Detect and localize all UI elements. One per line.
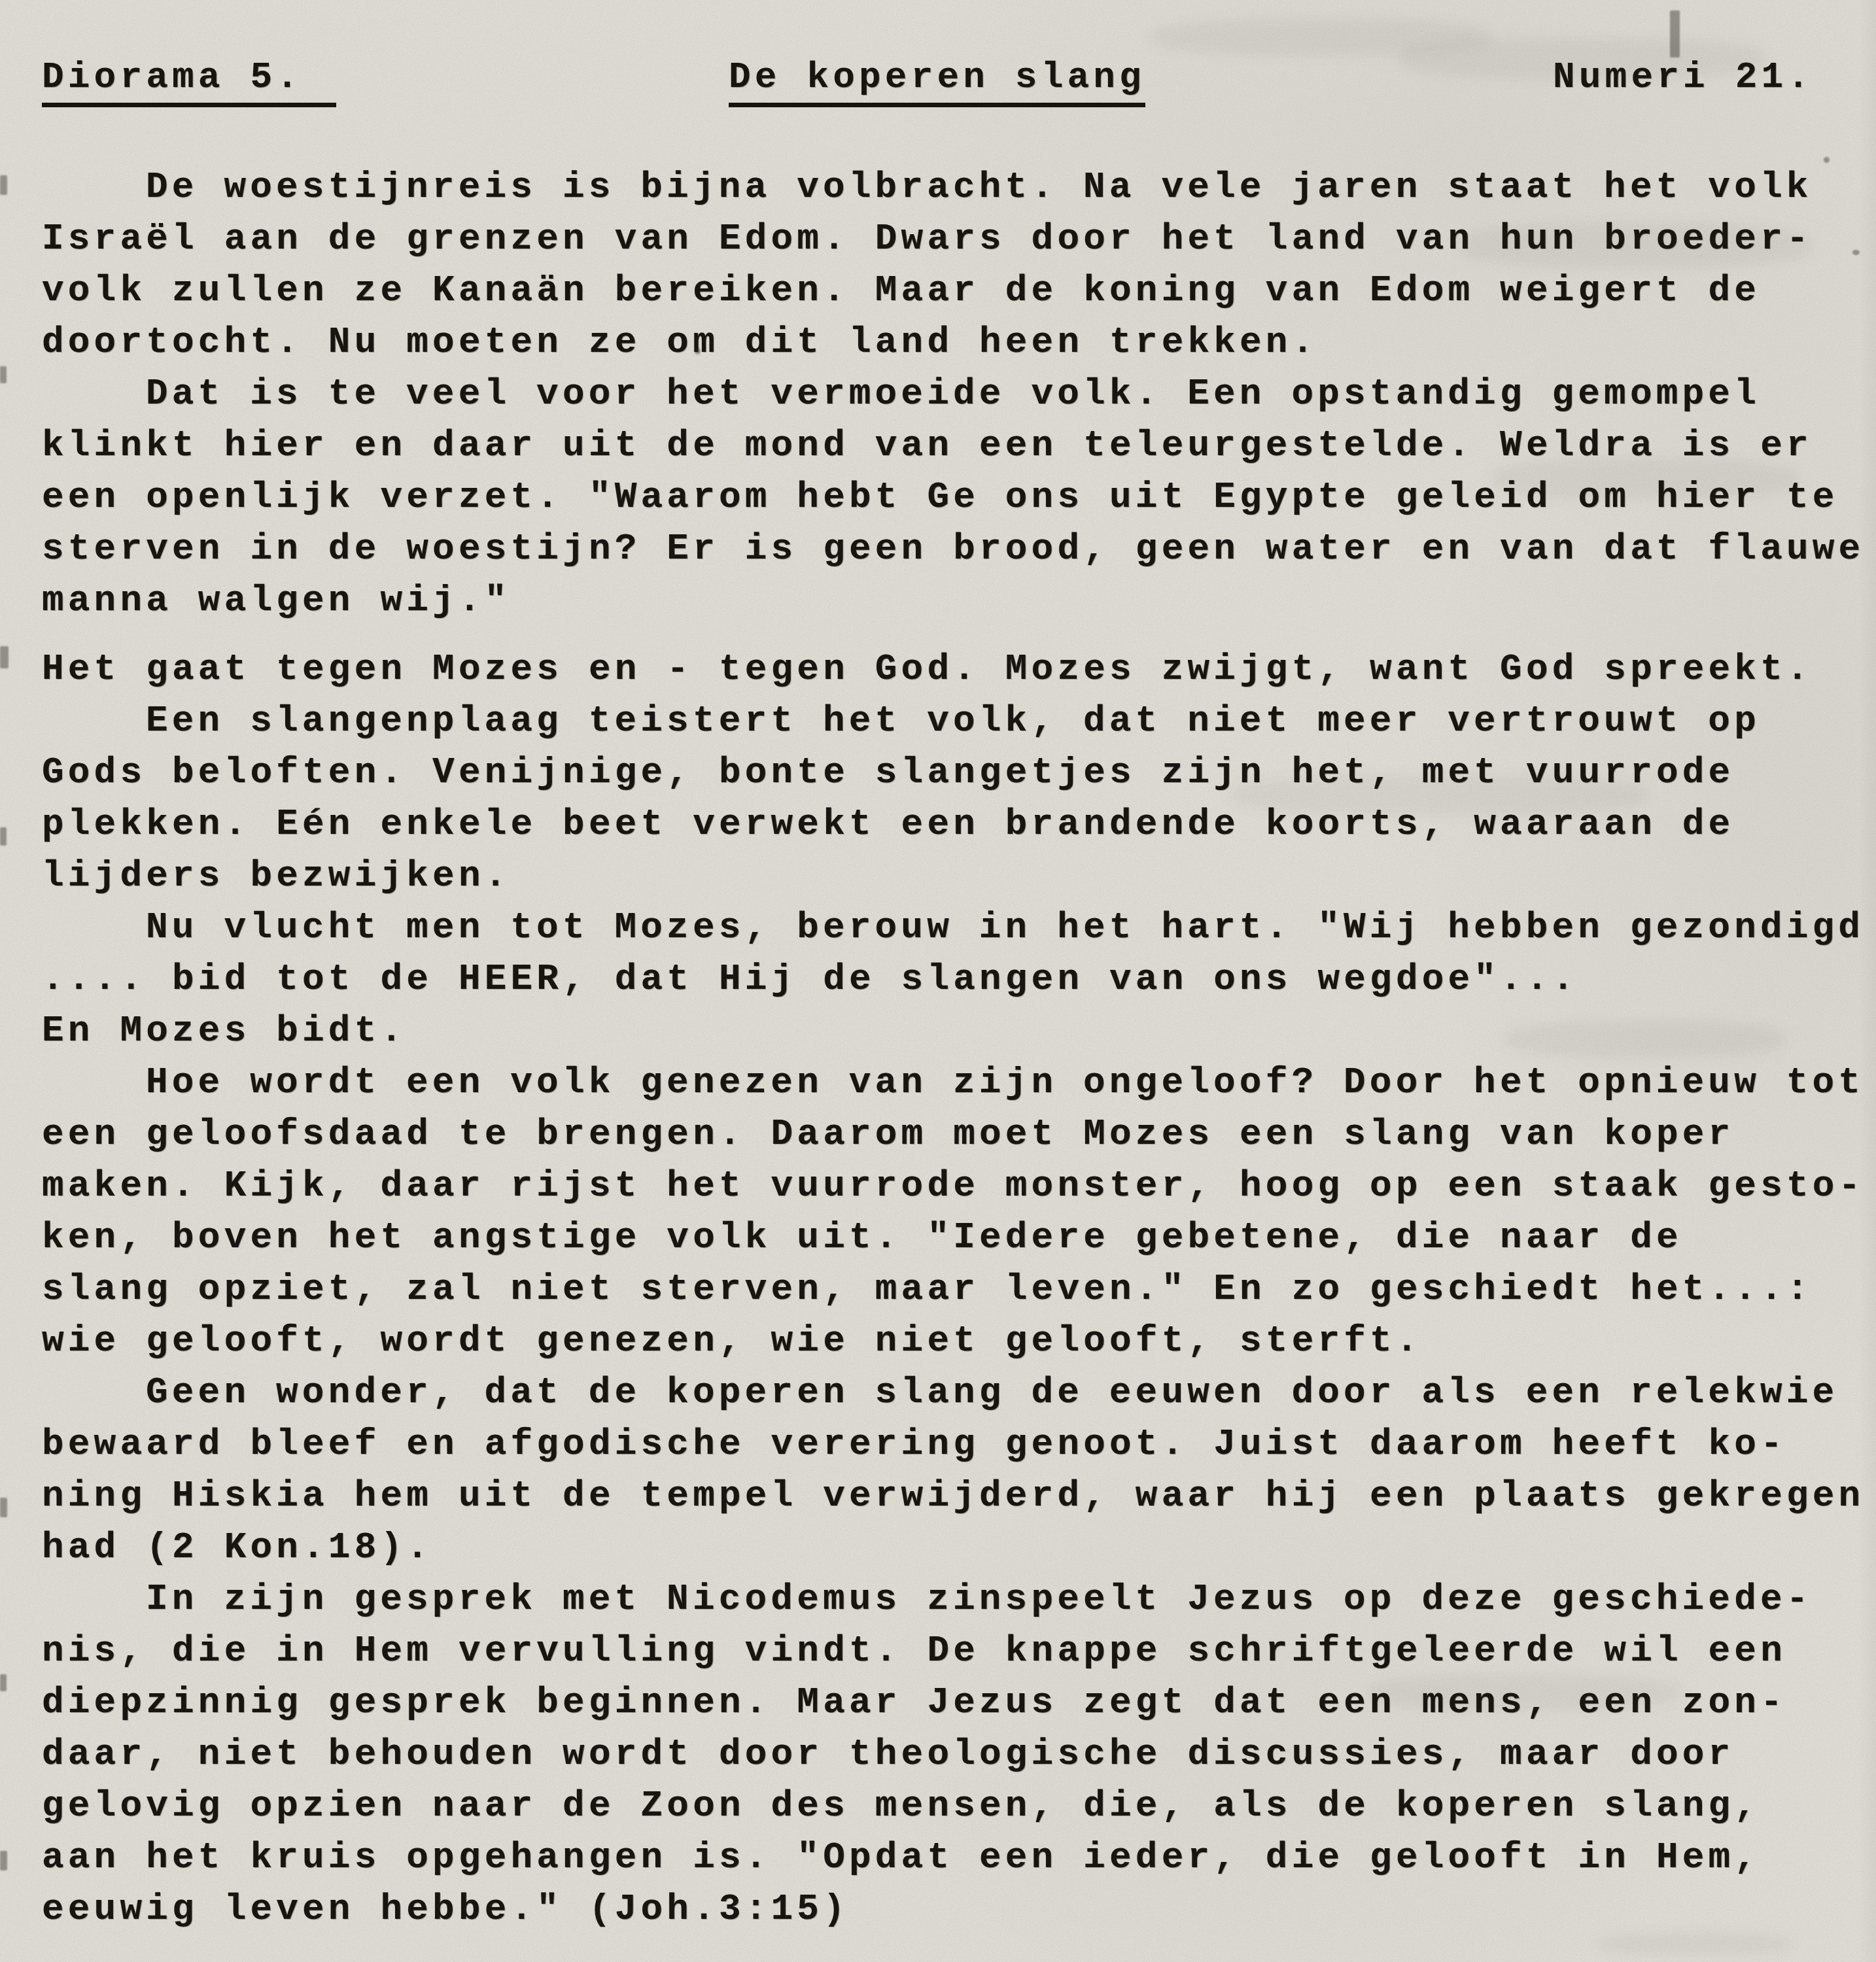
text-line: een geloofsdaad te brengen. Daarom moet … [42,1109,1871,1160]
text-line: Dat is te veel voor het vermoeide volk. … [42,368,1871,420]
text-line: daar, niet behouden wordt door theologis… [42,1729,1871,1780]
text-line: ken, boven het angstige volk uit. "Ieder… [42,1212,1871,1264]
bleedthrough-smudge [1151,18,1491,56]
scan-artifact [1670,10,1680,58]
text-line: Gods beloften. Venijnige, bonte slangetj… [42,747,1871,799]
scan-artifact [0,366,7,383]
text-line: En Mozes bidt. [42,1005,1871,1057]
text-line: klinkt hier en daar uit de mond van een … [42,420,1871,472]
text-line: eeuwig leven hebbe." (Joh.3:15) [42,1884,1871,1935]
document-body: De woestijnreis is bijna volbracht. Na v… [42,162,1871,1935]
text-line: plekken. Eén enkele beet verwekt een bra… [42,799,1871,850]
text-line: ning Hiskia hem uit de tempel verwijderd… [42,1470,1871,1522]
scan-artifact [0,1674,7,1691]
text-line: doortocht. Nu moeten ze om dit land heen… [42,317,1871,368]
paragraph: In zijn gesprek met Nicodemus zinspeelt … [42,1574,1871,1935]
text-line: gelovig opzien naar de Zoon des mensen, … [42,1780,1871,1832]
text-line: Israël aan de grenzen van Edom. Dwars do… [42,213,1871,265]
scan-artifact [0,827,7,846]
text-line: diepzinnig gesprek beginnen. Maar Jezus … [42,1677,1871,1729]
text-line: manna walgen wij." [42,575,1871,627]
paragraph: Dat is te veel voor het vermoeide volk. … [42,368,1871,627]
bleedthrough-smudge [1596,1933,1792,1955]
text-line: In zijn gesprek met Nicodemus zinspeelt … [42,1574,1871,1625]
text-line: volk zullen ze Kanaän bereiken. Maar de … [42,265,1871,317]
paragraph: Geen wonder, dat de koperen slang de eeu… [42,1367,1871,1574]
text-line: Een slangenplaag teistert het volk, dat … [42,695,1871,747]
scanned-document-page: Diorama 5. De koperen slang Numeri 21. D… [0,0,1876,1962]
document-title: De koperen slang [729,59,1145,107]
text-line: slang opziet, zal niet sterven, maar lev… [42,1264,1871,1315]
paragraph: Het gaat tegen Mozes en - tegen God. Moz… [42,644,1871,695]
scripture-reference: Numeri 21. [1553,59,1813,95]
scan-artifact [0,1851,7,1870]
text-line: bewaard bleef en afgodische verering gen… [42,1419,1871,1470]
text-line: lijders bezwijken. [42,850,1871,902]
text-line: maken. Kijk, daar rijst het vuurrode mon… [42,1160,1871,1212]
text-line: had (2 Kon.18). [42,1522,1871,1574]
diorama-label: Diorama 5. [42,59,336,107]
text-line: nis, die in Hem vervulling vindt. De kna… [42,1625,1871,1677]
paragraph: Hoe wordt een volk genezen van zijn onge… [42,1057,1871,1367]
text-line: .... bid tot de HEER, dat Hij de slangen… [42,954,1871,1005]
text-line: sterven in de woestijn? Er is geen brood… [42,523,1871,575]
text-line: De woestijnreis is bijna volbracht. Na v… [42,162,1871,213]
text-line: Geen wonder, dat de koperen slang de eeu… [42,1367,1871,1419]
paragraph: Een slangenplaag teistert het volk, dat … [42,695,1871,902]
text-line: aan het kruis opgehangen is. "Opdat een … [42,1832,1871,1884]
text-line: Nu vlucht men tot Mozes, berouw in het h… [42,902,1871,954]
text-line: wie gelooft, wordt genezen, wie niet gel… [42,1315,1871,1367]
scan-artifact [0,1498,7,1517]
scan-artifact [0,646,9,668]
text-line: een openlijk verzet. "Waarom hebt Ge ons… [42,472,1871,523]
paragraph: Nu vlucht men tot Mozes, berouw in het h… [42,902,1871,1057]
text-line: Het gaat tegen Mozes en - tegen God. Moz… [42,644,1871,695]
paragraph: De woestijnreis is bijna volbracht. Na v… [42,162,1871,368]
scan-artifact [0,175,7,195]
text-line: Hoe wordt een volk genezen van zijn onge… [42,1057,1871,1109]
